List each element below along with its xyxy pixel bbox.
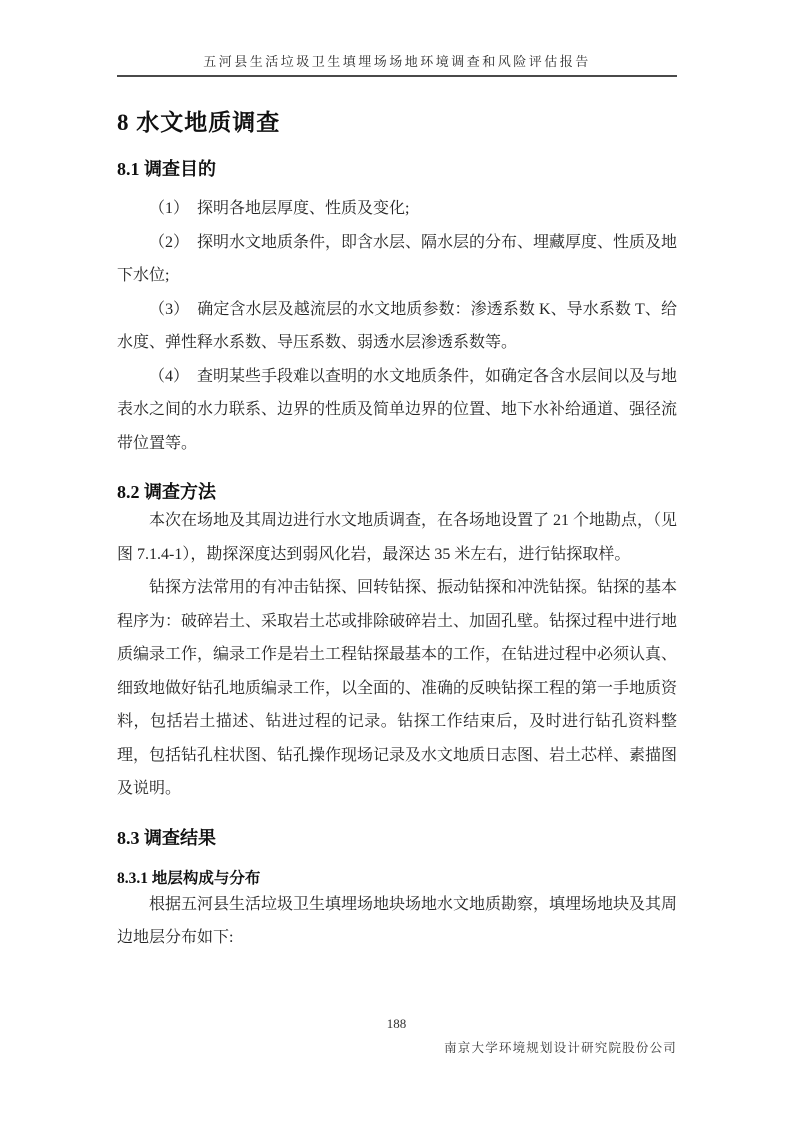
- list-item-1: （1） 探明各地层厚度、性质及变化;: [117, 192, 677, 226]
- footer-company: 南京大学环境规划设计研究院股份公司: [444, 1038, 677, 1056]
- paragraph-strata-distribution: 根据五河县生活垃圾卫生填埋场地块场地水文地质勘察，填埋场地块及其周边地层分布如下…: [117, 888, 677, 955]
- section-heading-8-1: 8.1 调查目的: [117, 155, 677, 181]
- survey-purpose-list: （1） 探明各地层厚度、性质及变化; （2） 探明水文地质条件，即含水层、隔水层…: [117, 192, 677, 460]
- section-heading-8-2: 8.2 调查方法: [117, 478, 677, 504]
- subsection-heading-8-3-1: 8.3.1 地层构成与分布: [117, 866, 677, 888]
- page-number: 188: [0, 1016, 793, 1032]
- paragraph-drilling-method: 钻探方法常用的有冲击钻探、回转钻探、振动钻探和冲洗钻探。钻探的基本程序为：破碎岩…: [117, 571, 677, 806]
- document-page: 五河县生活垃圾卫生填埋场场地环境调查和风险评估报告 8 水文地质调查 8.1 调…: [0, 0, 793, 1122]
- list-item-2: （2） 探明水文地质条件，即含水层、隔水层的分布、埋藏厚度、性质及地下水位;: [117, 226, 677, 293]
- running-header-title: 五河县生活垃圾卫生填埋场场地环境调查和风险评估报告: [203, 54, 591, 69]
- page-content: 8 水文地质调查 8.1 调查目的 （1） 探明各地层厚度、性质及变化; （2）…: [117, 98, 677, 955]
- list-item-4: （4） 查明某些手段难以查明的水文地质条件，如确定各含水层间以及与地表水之间的水…: [117, 360, 677, 461]
- running-header: 五河县生活垃圾卫生填埋场场地环境调查和风险评估报告: [117, 51, 677, 77]
- list-item-3: （3） 确定含水层及越流层的水文地质参数：渗透系数 K、导水系数 T、给水度、弹…: [117, 293, 677, 360]
- section-heading-8-3: 8.3 调查结果: [117, 824, 677, 850]
- paragraph-survey-overview: 本次在场地及其周边进行水文地质调查，在各场地设置了 21 个地勘点，（见图 7.…: [117, 504, 677, 571]
- chapter-title: 8 水文地质调查: [117, 104, 677, 137]
